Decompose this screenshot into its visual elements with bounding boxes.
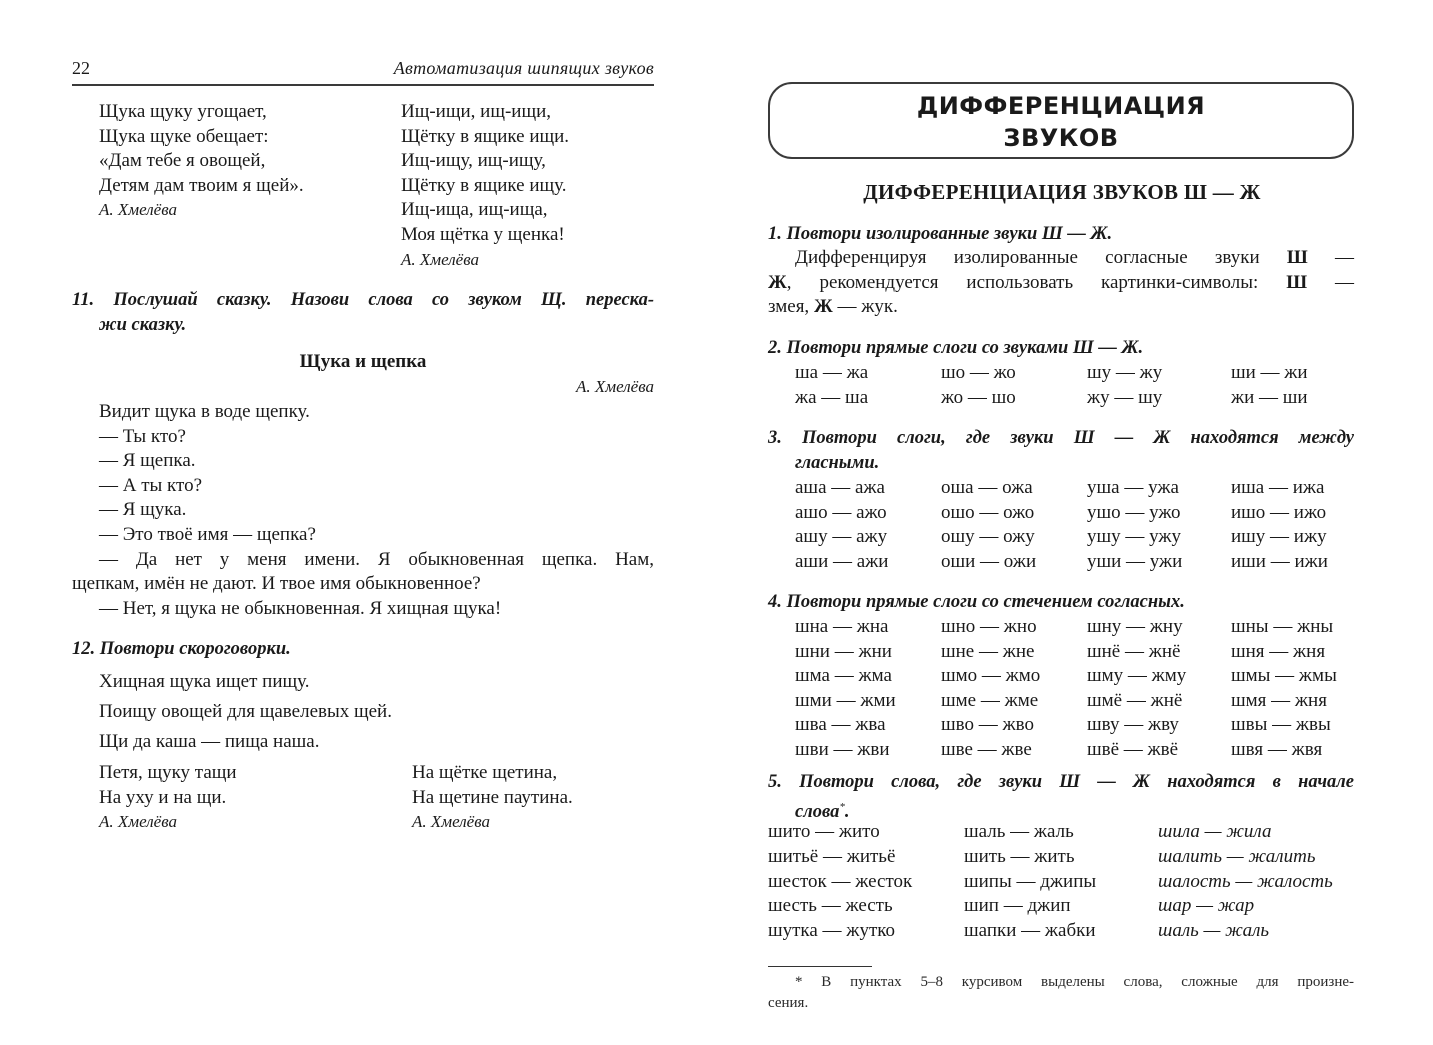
story-author: А. Хмелёва [576,375,654,400]
text: Дифференцируя изолированные согласные зв… [795,247,1287,268]
text: змея, [768,296,814,317]
syllable-pair: шву — жву [1087,713,1179,738]
syllable-pair: шапки — жабки [964,919,1096,944]
poem-ishch-ishchi: Ищ-ищи, ищ-ищи, Щётку в ящике ищи. Ищ-ищ… [401,100,569,272]
syllable-pair: шмо — жмо [941,664,1040,689]
syllable-pair: шмё — жнё [1087,689,1182,714]
letter: Ш [1286,272,1307,293]
syllable-pair: шо — жо [941,361,1016,386]
letter: Ж [768,272,787,293]
syllable-pair: шаль — жаль [964,820,1074,845]
chapter-title-box: ДИФФЕРЕНЦИАЦИЯ ЗВУКОВ [768,82,1354,159]
task-12-heading: 12. Повтори скороговорки. [72,637,291,662]
page-number: 22 [72,58,90,79]
task-4-heading: 4. Повтори прямые слоги со стечением сог… [768,590,1185,615]
syllable-pair: швя — жвя [1231,738,1322,763]
syllable-pair: шни — жни [795,640,892,665]
syllable-pair: шны — жны [1231,615,1333,640]
body-line: Ж, рекомендуется использовать картинки-с… [768,271,1354,296]
task-text-continuation: слова [795,802,839,822]
syllable-pair: шито — жито [768,820,880,845]
syllable-pair: шво — жво [941,713,1034,738]
task-number: 1. [768,224,782,244]
task-text: Повтори изолированные звуки Ш — Ж. [787,224,1113,244]
poem-author: А. Хмелёва [412,810,573,835]
syllable-pair: уша — ужа [1087,476,1179,501]
poem-author: А. Хмелёва [99,810,237,835]
task-text: Послушай сказку. Назови слова со звуком … [113,290,654,310]
poem-line: Ищ-ищу, ищ-ищу, [401,149,569,174]
tongue-twister: Поищу овощей для щавелевых щей. [99,697,392,727]
syllable-pair: оша — ожа [941,476,1033,501]
syllable-pair: швё — жвё [1087,738,1178,763]
task-text-continuation: гласными. [768,451,1354,476]
syllable-pair: жи — ши [1231,386,1308,411]
story-line: — Ты кто? [72,425,654,450]
syllable-pair: шме — жме [941,689,1038,714]
story-line: — Это твоё имя — щепка? [72,523,654,548]
syllable-pair: аши — ажи [795,550,888,575]
poem-line: Моя щётка у щенка! [401,223,569,248]
story-line: — Да нет у меня имени. Я обыкновенная ще… [72,548,654,573]
poem-shchetka: На щётке щетина, На щетине паутина. А. Х… [412,761,573,835]
poem-line: На уху и на щи. [99,786,237,811]
syllable-pair: шалить — жалить [1158,845,1315,870]
syllable-pair: ишу — ижу [1231,525,1327,550]
poem-line: Петя, щуку тащи [99,761,237,786]
syllable-pair: шаль — жаль [1158,919,1269,944]
poem-line: Щука щуку угощает, [99,100,304,125]
chapter-title: ДИФФЕРЕНЦИАЦИЯ ЗВУКОВ [770,84,1352,154]
footnote-line: * В пунктах 5–8 курсивом выделены слова,… [768,972,1354,993]
story-line: щепкам, имён не дают. И твое имя обыкнов… [72,572,654,597]
poem-line: Щётку в ящике ищи. [401,125,569,150]
story-line: Видит щука в воде щепку. [72,400,654,425]
story-line: — Я щепка. [72,449,654,474]
task-text: Повтори слова, где звуки Ш — Ж находятся… [799,772,1354,792]
task-3-heading: 3. Повтори слоги, где звуки Ш — Ж находя… [768,426,1354,475]
poem-line: На щетине паутина. [412,786,573,811]
task-number: 12. [72,639,95,659]
task-1-heading: 1. Повтори изолированные звуки Ш — Ж. [768,222,1112,247]
syllable-pair: шипы — джипы [964,870,1096,895]
syllable-pair: шутка — жутко [768,919,895,944]
task-11-heading: 11. Послушай сказку. Назови слова со зву… [72,288,654,337]
syllable-pair: иши — ижи [1231,550,1328,575]
task-text: Повтори прямые слоги со звуками Ш — Ж. [787,338,1144,358]
syllable-pair: иша — ижа [1231,476,1324,501]
syllable-pair: шня — жня [1231,640,1325,665]
syllable-pair: шно — жно [941,615,1037,640]
footnote-line: сения. [768,993,1354,1014]
syllable-pair: шить — жить [964,845,1075,870]
task-5-heading: 5. Повтори слова, где звуки Ш — Ж находя… [768,770,1354,824]
syllable-pair: ши — жи [1231,361,1308,386]
poem-author: А. Хмелёва [99,198,304,223]
poem-line: Щука щуке обещает: [99,125,304,150]
task-number: 3. [768,428,782,448]
story-text: Видит щука в воде щепку. — Ты кто? — Я щ… [72,400,654,621]
task-text: Повтори скороговорки. [100,639,291,659]
syllable-pair: жу — шу [1087,386,1162,411]
poem-line: На щётке щетина, [412,761,573,786]
syllable-pair: шмя — жня [1231,689,1327,714]
syllable-pair: шми — жми [795,689,896,714]
text: — жук. [833,296,898,317]
tongue-twisters: Хищная щука ищет пищу. Поищу овощей для … [99,667,392,757]
letter: Ж [814,296,833,317]
poem-petya: Петя, щуку тащи На уху и на щи. А. Хмелё… [99,761,237,835]
task-1-body: Дифференцируя изолированные согласные зв… [768,246,1354,320]
syllable-pair: шнё — жнё [1087,640,1180,665]
syllable-pair: шар — жар [1158,894,1254,919]
syllable-pair: шви — жви [795,738,890,763]
poem-author: А. Хмелёва [401,248,569,273]
syllable-pair: уши — ужи [1087,550,1182,575]
running-header: 22 Автоматизация шипящих звуков [72,56,654,86]
task-text-continuation: жи сказку. [72,313,654,338]
syllable-pair: швы — жвы [1231,713,1331,738]
syllable-pair: ишо — ижо [1231,501,1326,526]
syllable-pair: шесток — жесток [768,870,912,895]
task-text: Повтори слоги, где звуки Ш — Ж находятся… [802,428,1354,448]
text: , рекомендуется использовать картинки-си… [787,272,1286,293]
syllable-pair: шитьё — житьё [768,845,895,870]
syllable-pair: ша — жа [795,361,868,386]
chapter-title-line: ДИФФЕРЕНЦИАЦИЯ [770,90,1352,122]
syllable-pair: шалость — жалость [1158,870,1333,895]
task-number: 11. [72,290,94,310]
text: — [1308,247,1354,268]
poem-line: Детям дам твоим я щей». [99,174,304,199]
poem-shchuka-shchuku: Щука щуку угощает, Щука щуке обещает: «Д… [99,100,304,223]
syllable-pair: шве — жве [941,738,1032,763]
syllable-pair: оши — ожи [941,550,1036,575]
syllable-pair: шму — жму [1087,664,1186,689]
syllable-pair: ушу — ужу [1087,525,1181,550]
syllable-pair: шесть — жесть [768,894,893,919]
story-line: — Нет, я щука не обыкновенная. Я хищная … [72,597,654,622]
tongue-twister: Щи да каша — пища наша. [99,727,392,757]
story-line: — А ты кто? [72,474,654,499]
chapter-title-line: ЗВУКОВ [770,122,1352,154]
syllable-pair: ошу — ожу [941,525,1035,550]
text: — [1307,272,1354,293]
running-title: Автоматизация шипящих звуков [394,58,654,79]
poem-line: Ищ-ищи, ищ-ищи, [401,100,569,125]
story-line: — Я щука. [72,498,654,523]
poem-line: Щётку в ящике ищу. [401,174,569,199]
poem-line: Ищ-ища, ищ-ища, [401,198,569,223]
story-title: Щука и щепка [72,350,654,374]
syllable-pair: ашу — ажу [795,525,887,550]
section-title: ДИФФЕРЕНЦИАЦИЯ ЗВУКОВ Ш — Ж [768,180,1356,205]
task-text: Повтори прямые слоги со стечением соглас… [787,592,1185,612]
syllable-pair: ошо — ожо [941,501,1034,526]
syllable-pair: шва — жва [795,713,886,738]
task-number: 5. [768,772,782,792]
syllable-pair: шила — жила [1158,820,1271,845]
syllable-pair: шмы — жмы [1231,664,1337,689]
letter: Ш [1287,247,1308,268]
syllable-pair: шна — жна [795,615,888,640]
syllable-pair: ашо — ажо [795,501,887,526]
footnote-mark: * [839,801,845,813]
syllable-pair: жо — шо [941,386,1016,411]
syllable-pair: аша — ажа [795,476,885,501]
poem-line: «Дам тебе я овощей, [99,149,304,174]
syllable-pair: шма — жма [795,664,892,689]
syllable-pair: шип — джип [964,894,1071,919]
task-number: 4. [768,592,782,612]
task-2-heading: 2. Повтори прямые слоги со звуками Ш — Ж… [768,336,1143,361]
task-number: 2. [768,338,782,358]
body-line: Дифференцируя изолированные согласные зв… [768,246,1354,271]
syllable-pair: шну — жну [1087,615,1183,640]
syllable-pair: ушо — ужо [1087,501,1181,526]
syllable-pair: шу — жу [1087,361,1162,386]
body-line: змея, Ж — жук. [768,295,1354,320]
tongue-twister: Хищная щука ищет пищу. [99,667,392,697]
footnote: * В пунктах 5–8 курсивом выделены слова,… [768,972,1354,1014]
footnote-divider [768,966,872,967]
syllable-pair: жа — ша [795,386,868,411]
syllable-pair: шне — жне [941,640,1034,665]
